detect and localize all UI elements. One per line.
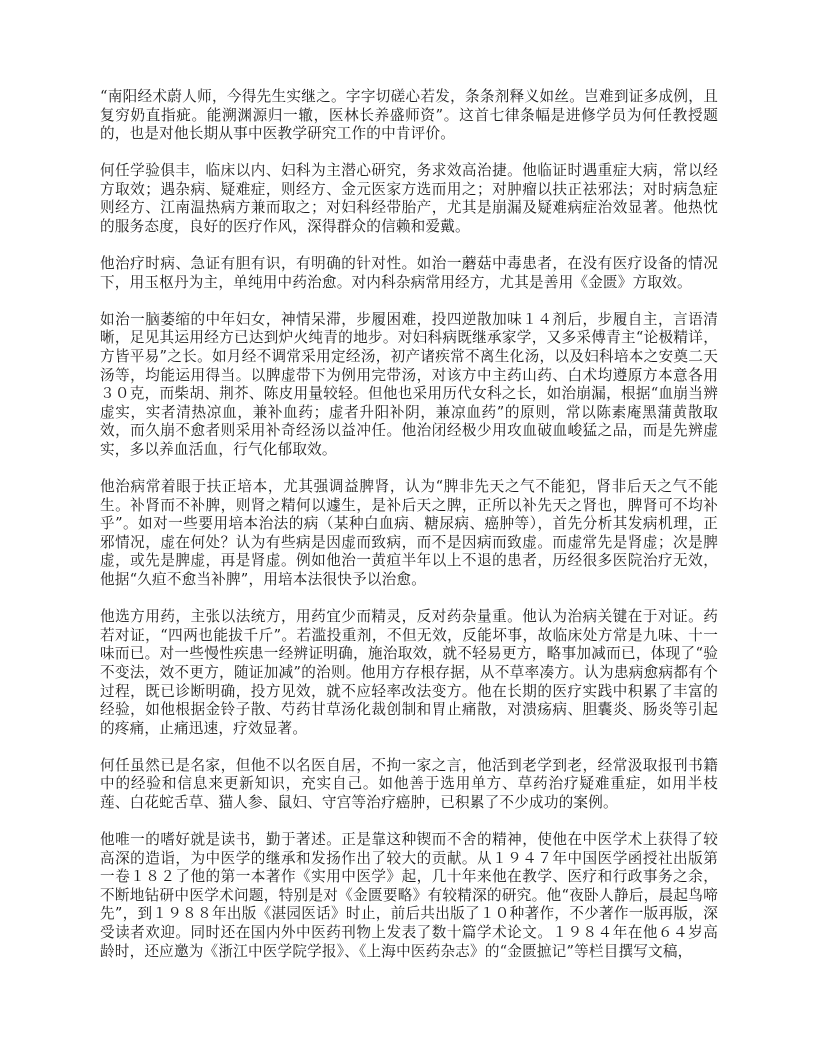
paragraph: 何任学验俱丰，临床以内、妇科为主潜心研究，务求效高治捷。他临证时遇重症大病，常以… — [100, 162, 718, 236]
paragraph: 他选方用药，主张以法统方，用药宜少而精灵，反对药杂量重。他认为治病关键在于对证。… — [100, 608, 718, 738]
paragraph: 何任虽然已是名家，但他不以名医自居，不拘一家之言，他活到老学到老，经常汲取报刊书… — [100, 757, 718, 813]
text-block: “南阳经术蔚人师，今得先生实继之。字字切磋心若发，条条剂释义如丝。岂难到证多成例… — [100, 88, 718, 961]
document-page: { "page": { "background_color": "#ffffff… — [0, 0, 816, 1056]
paragraph: 如治一脑萎缩的中年妇女，神情呆滞，步履困难，投四逆散加味１４剂后，步履自主，言语… — [100, 311, 718, 460]
paragraph: 他治病常着眼于扶正培本，尤其强调益脾肾，认为“脾非先天之气不能犯，肾非后天之气不… — [100, 478, 718, 590]
paragraph: 他唯一的嗜好就是读书，勤于著述。正是靠这种锲而不舍的精神，使他在中医学术上获得了… — [100, 831, 718, 961]
paragraph: “南阳经术蔚人师，今得先生实继之。字字切磋心若发，条条剂释义如丝。岂难到证多成例… — [100, 88, 718, 144]
paragraph: 他治疗时病、急证有胆有识，有明确的针对性。如治一蘑菇中毒患者，在没有医疗设备的情… — [100, 255, 718, 292]
